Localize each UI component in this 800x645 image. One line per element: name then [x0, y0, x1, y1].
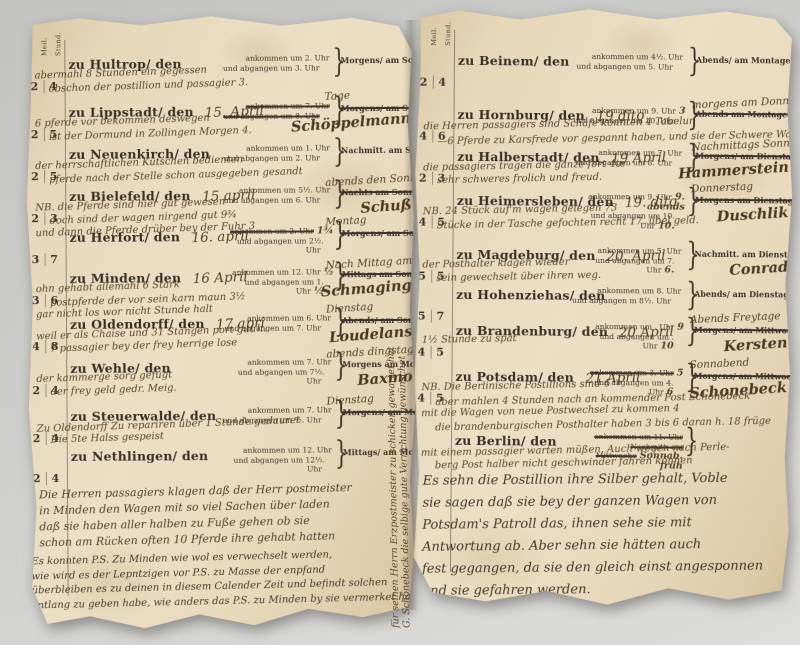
departure-line: und abgangen um 6. Uhr — [224, 195, 321, 205]
margin-values: 4 5 — [418, 346, 444, 359]
route-entry: 2 3 zu Halberstadt/ den 19 April ankomme… — [413, 146, 793, 163]
arrival-correction: 5 — [677, 368, 684, 379]
station-name: zu Beinem/ den — [458, 53, 570, 69]
times-block: ankommen um 2. Uhr1¾ und abgangen um 2½.… — [221, 226, 333, 255]
station-name: zu Herfort/ den — [69, 229, 180, 245]
station-line: zu Beinem/ den — [458, 50, 581, 70]
miles-value: 3 — [32, 253, 45, 266]
note-line: der frey geld gedr. Meig. — [50, 382, 177, 397]
miles-value: 2 — [419, 172, 432, 185]
arrival-correction: 9 — [677, 322, 684, 333]
arrival-line: ankommen um 8. Uhr — [597, 286, 681, 296]
arrival-line: ankommen um . Uhr — [595, 322, 674, 332]
signature: Duschlik — [717, 204, 790, 225]
route-entry: 5 7 zu Hohenziehas/ den ankommen um 8. U… — [412, 284, 792, 301]
period-label: Abends/ am Dienstage. — [694, 289, 797, 300]
complaint-paragraph: Die Herren passagiers klagen daß der Her… — [39, 482, 409, 548]
departure-line: und abgangen um 2½. Uhr — [237, 236, 324, 255]
hours-value: 5 — [430, 346, 444, 359]
arrival-line: ankommen um 9. Uhr — [588, 192, 672, 202]
times-block: ankommen um . Uhr9 und abgangen um . Uhr… — [572, 322, 684, 351]
miles-value: 4 — [419, 216, 432, 229]
route-entry: 4 5 zu Brandenburg/ den 20 April ankomme… — [412, 320, 792, 337]
route-entry: 2 4 zu Beinem/ den ankommen um 4½. Uhr u… — [414, 50, 794, 67]
arrival-correction: 3 — [679, 106, 686, 117]
period-correction: Abends Freytage — [690, 310, 781, 326]
arrival-line: ankommen um 2. Uhr — [245, 53, 329, 63]
margin-header-miles: Meil. — [430, 27, 438, 46]
photograph-of-postal-register: Meil. Stund. 2 4 zu Hultrop/ den ankomme… — [0, 0, 800, 645]
departure-line: und abgangen um 3. Uhr — [223, 63, 320, 73]
times-block: ankommen um 4½. Uhr und abgangen um 5. U… — [574, 52, 686, 72]
arrival-line: ankommen um 12. Uhr — [232, 267, 321, 277]
departure-correction: 6. — [664, 264, 674, 275]
arrival-line: ankommen um 7. Uhr — [247, 357, 331, 367]
right-page-wrap: Meil. Stund. 2 4 zu Beinem/ den ankommen… — [410, 6, 795, 609]
margin-header-hours: Stund. — [444, 22, 452, 46]
period-correction: Montag — [325, 214, 367, 228]
miles-value: 2 — [420, 76, 433, 89]
vertical-marginal-note: für seinen Herrn Erzpostmeister zu schic… — [388, 346, 410, 628]
miles-value: 2 — [31, 128, 44, 141]
departure-line: und abgangen um 5. Uhr — [576, 61, 673, 71]
station-name: zu Nethlingen/ den — [71, 448, 209, 464]
hours-value: 4 — [432, 76, 446, 89]
entries-right: 2 4 zu Beinem/ den ankommen um 4½. Uhr u… — [414, 6, 794, 9]
departure-line: und abgangen um 1. Uhr — [245, 277, 324, 296]
route-entry: 2 5 zu Neuenkirch/ den ankommen um 1. Uh… — [25, 142, 415, 158]
departure-line: und abgangen m 8½. Uhr — [572, 295, 671, 305]
departure-line: und abgangen um 7½. Uhr — [238, 367, 325, 386]
arrival-line: ankommen um 5½. Uhr — [239, 185, 330, 195]
note-line: sein gewechselt über ihren weg. — [436, 269, 601, 283]
note-line: der Posthalter klagen wieder — [422, 257, 569, 271]
arrival-line: ankommen um 3. Uhr — [590, 368, 674, 378]
note-line: ohn gehabt allemahl 6 Stark — [36, 279, 180, 295]
times-block: ankommen um 5½. Uhr und abgangen um 6. U… — [221, 185, 333, 205]
period-correction: Dienstag — [326, 393, 374, 408]
footnote-line: und sie gefahren werden. — [422, 577, 782, 602]
route-entry: 2 4 zu Hultrop/ den ankommen um 2. Uhr u… — [24, 52, 414, 68]
period-correction: Sonnabend — [689, 357, 749, 372]
times-block: ankommen um 2. Uhr und abgangen um 3. Uh… — [220, 53, 332, 73]
closing-annotation-block: Es sehn die Postillion ihre Silber gehal… — [422, 468, 783, 603]
miles-value: 4 — [417, 392, 430, 405]
arrival-line: ankommen um 2. Uhr — [230, 226, 314, 236]
times-block: ankommen um 8. Uhr und abgangen m 8½. Uh… — [572, 286, 684, 306]
departure-correction: 10 — [660, 340, 673, 351]
arrival-line: ankommen um 9. Uhr — [592, 106, 676, 116]
route-entry: 4 8 zu Oldendorff/ den 17 apri ankommen … — [26, 312, 416, 328]
left-page-wrap: Meil. Stund. 2 4 zu Hultrop/ den ankomme… — [24, 14, 418, 630]
route-entry: 3 6 zu Minden/ den 16 April ankommen um … — [26, 266, 416, 282]
route-entry: 2 3 zu Bielefeld/ den 15 april ankommen … — [25, 184, 415, 200]
margin-header-hours: Stund. — [54, 32, 62, 56]
period-correction: Donnerstag — [691, 181, 754, 196]
station-line: zu Nethlingen/ den — [71, 445, 220, 465]
entries-left: 2 4 zu Hultrop/ den ankommen um 2. Uhr u… — [24, 14, 414, 16]
miles-value: 2 — [31, 80, 44, 93]
route-entry: 4 5 zu Heimersleben/ den 19. dito ankomm… — [413, 190, 793, 207]
arrival-line: ankommen um 7. Uhr — [598, 148, 682, 158]
left-page: Meil. Stund. 2 4 zu Hultrop/ den ankomme… — [24, 14, 418, 630]
bottom-annotation-block: Es konnten P.S. Zu Minden wie wol es ver… — [31, 550, 409, 610]
note-line: sehr schweres frolich und freud. — [437, 171, 602, 185]
arrival-line: ankommen um 7. Uhr — [246, 101, 330, 111]
signature: Conrad — [729, 258, 789, 279]
arrival-line: ankommen um 5. Uhr — [598, 246, 682, 256]
right-page: Meil. Stund. 2 4 zu Beinem/ den ankommen… — [410, 6, 795, 609]
arrival-line: ankommen um 6. Uhr — [247, 313, 331, 323]
miles-value: 2 — [31, 170, 44, 183]
route-entry: 4 5 zu Potsdam/ den 21 April ankommen um… — [411, 366, 791, 383]
route-entry: zu Berlin/ den ankommen um 11. Uhr Nachm… — [411, 430, 791, 447]
route-entry: 2 5 zu Lippstadt/ den 15. April ankommen… — [25, 100, 415, 116]
arrival-line: ankommen um 4½. Uhr — [592, 52, 683, 62]
route-entry: 4 6 zu Hornburg/ den 19 dito ankommen um… — [413, 104, 793, 121]
miles-value: 2 — [31, 212, 44, 225]
period-correction: Dienstag — [326, 301, 374, 316]
arrival-line: ankommen um 12. Uhr — [243, 445, 332, 455]
margin-values: 3 7 — [32, 253, 58, 266]
times-block: ankommen um 12. Uhr und abgangen um 12½.… — [223, 445, 335, 474]
route-entry: 5 5 zu Magdeburg/ den 20. April ankommen… — [412, 244, 792, 261]
miles-value: 2 — [32, 384, 45, 397]
route-entry: 2 4 zu Wehle/ den ankommen um 7. Uhr und… — [26, 356, 416, 372]
arrival-line: ankommen um 7. Uhr — [248, 405, 332, 415]
hours-value: 7 — [44, 253, 58, 266]
miles-value: 4 — [418, 346, 431, 359]
miles-value: 5 — [418, 270, 431, 283]
period-correction: Tage — [324, 90, 350, 103]
departure-line: und abgangen um 7. Uhr — [595, 255, 674, 274]
note-line: 1½ Stunde zu spät — [422, 333, 517, 346]
period-label: Abends/ am Montage. — [696, 55, 793, 66]
miles-value: 3 — [32, 294, 45, 307]
arrival-line: ankommen um 1. Uhr — [246, 143, 330, 153]
departure-line: und abgangen um 12½. Uhr — [233, 455, 324, 474]
route-entry: 3 7 zu Herfort/ den 16. april ankommen u… — [25, 225, 415, 241]
route-entry: 2 4 zu Nethlingen/ den ankommen um 12. U… — [27, 444, 417, 460]
signature: Kersten — [723, 334, 788, 355]
times-block: ankommen um 7. Uhr und abgangen um 7½. U… — [222, 357, 334, 386]
route-entry: 2 4 zu Steuerwalde/ den ankommen um 7. U… — [27, 404, 417, 420]
margin-values: 2 4 — [420, 76, 446, 89]
